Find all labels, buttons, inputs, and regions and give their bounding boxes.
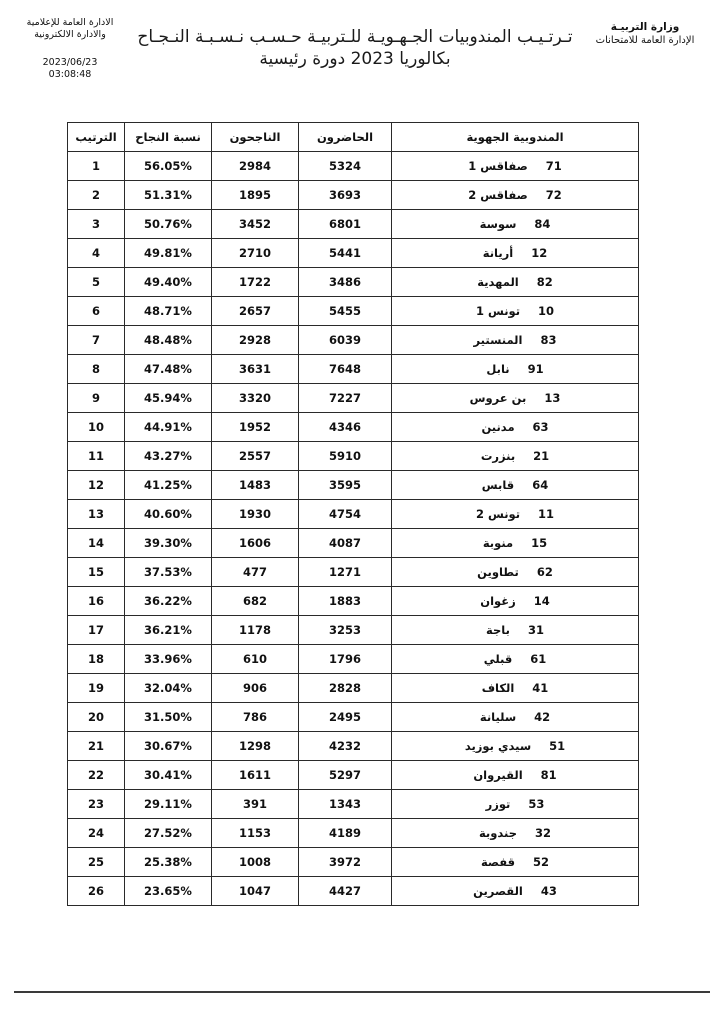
- table-row: 2031.50%786249542سليانة: [68, 703, 639, 732]
- cell-present: 6801: [299, 210, 392, 239]
- cell-rank: 4: [68, 239, 125, 268]
- cell-region: 42سليانة: [392, 703, 639, 732]
- table-row: 2130.67%1298423251سيدي بوزيد: [68, 732, 639, 761]
- region-code: 14: [528, 594, 550, 608]
- department-name: الإدارة العامة للامتحانات: [580, 34, 710, 48]
- cell-rank: 25: [68, 848, 125, 877]
- cell-rank: 21: [68, 732, 125, 761]
- cell-present: 7227: [299, 384, 392, 413]
- cell-pass-rate: 49.40%: [125, 268, 212, 297]
- region-code: 82: [531, 275, 553, 289]
- cell-succeeded: 2657: [212, 297, 299, 326]
- cell-present: 1883: [299, 587, 392, 616]
- cell-pass-rate: 31.50%: [125, 703, 212, 732]
- cell-pass-rate: 45.94%: [125, 384, 212, 413]
- cell-present: 3693: [299, 181, 392, 210]
- cell-region: 62تطاوين: [392, 558, 639, 587]
- issuer-header: الادارة العامة للإعلامية والادارة الالكت…: [20, 17, 120, 81]
- cell-present: 4346: [299, 413, 392, 442]
- region-code: 43: [535, 884, 557, 898]
- cell-present: 1271: [299, 558, 392, 587]
- cell-rank: 10: [68, 413, 125, 442]
- table-header-row: الترتيب نسبة النجاح الناجحون الحاضرون ال…: [68, 123, 639, 152]
- cell-region: 91نابل: [392, 355, 639, 384]
- cell-region: 14زغوان: [392, 587, 639, 616]
- cell-succeeded: 1483: [212, 471, 299, 500]
- cell-succeeded: 610: [212, 645, 299, 674]
- table-row: 1340.60%1930475411تونس 2: [68, 500, 639, 529]
- print-time: 03:08:48: [20, 69, 120, 81]
- cell-succeeded: 906: [212, 674, 299, 703]
- cell-succeeded: 3320: [212, 384, 299, 413]
- cell-region: 43القصرين: [392, 877, 639, 906]
- cell-succeeded: 2557: [212, 442, 299, 471]
- cell-succeeded: 1606: [212, 529, 299, 558]
- cell-succeeded: 1298: [212, 732, 299, 761]
- cell-present: 7648: [299, 355, 392, 384]
- region-code: 71: [540, 159, 562, 173]
- col-header-present: الحاضرون: [299, 123, 392, 152]
- region-code: 53: [522, 797, 544, 811]
- cell-succeeded: 1047: [212, 877, 299, 906]
- region-code: 84: [528, 217, 550, 231]
- cell-rank: 8: [68, 355, 125, 384]
- table-row: 847.48%3631764891نابل: [68, 355, 639, 384]
- cell-succeeded: 2984: [212, 152, 299, 181]
- cell-succeeded: 1952: [212, 413, 299, 442]
- cell-rank: 20: [68, 703, 125, 732]
- cell-region: 82المهدية: [392, 268, 639, 297]
- cell-pass-rate: 27.52%: [125, 819, 212, 848]
- table-body: 156.05%2984532471صفاقس 1251.31%189536937…: [68, 152, 639, 906]
- cell-pass-rate: 36.21%: [125, 616, 212, 645]
- cell-rank: 7: [68, 326, 125, 355]
- cell-present: 4754: [299, 500, 392, 529]
- region-name: قبلي: [484, 652, 513, 666]
- cell-succeeded: 1895: [212, 181, 299, 210]
- table-row: 1537.53%477127162تطاوين: [68, 558, 639, 587]
- footer-divider: [14, 991, 710, 993]
- cell-region: 41الكاف: [392, 674, 639, 703]
- table-row: 156.05%2984532471صفاقس 1: [68, 152, 639, 181]
- region-name: تونس 1: [476, 304, 520, 318]
- cell-pass-rate: 37.53%: [125, 558, 212, 587]
- table-row: 350.76%3452680184سوسة: [68, 210, 639, 239]
- region-code: 64: [526, 478, 548, 492]
- cell-present: 6039: [299, 326, 392, 355]
- cell-rank: 16: [68, 587, 125, 616]
- region-name: قابس: [482, 478, 514, 492]
- cell-region: 51سيدي بوزيد: [392, 732, 639, 761]
- table-row: 1932.04%906282841الكاف: [68, 674, 639, 703]
- cell-pass-rate: 51.31%: [125, 181, 212, 210]
- table-row: 748.48%2928603983المنستير: [68, 326, 639, 355]
- cell-rank: 1: [68, 152, 125, 181]
- region-name: تونس 2: [476, 507, 520, 521]
- cell-rank: 24: [68, 819, 125, 848]
- issuer-line-2: والادارة الالكترونية: [20, 29, 120, 41]
- cell-rank: 12: [68, 471, 125, 500]
- region-code: 42: [528, 710, 550, 724]
- table-row: 549.40%1722348682المهدية: [68, 268, 639, 297]
- cell-succeeded: 3631: [212, 355, 299, 384]
- ministry-header: وزارة التربيـة الإدارة العامة للامتحانات: [580, 20, 710, 48]
- cell-pass-rate: 30.41%: [125, 761, 212, 790]
- table-row: 2525.38%1008397252قفصة: [68, 848, 639, 877]
- cell-pass-rate: 43.27%: [125, 442, 212, 471]
- cell-pass-rate: 25.38%: [125, 848, 212, 877]
- region-name: جندوبة: [479, 826, 517, 840]
- region-name: زغوان: [480, 594, 515, 608]
- cell-present: 5324: [299, 152, 392, 181]
- region-name: بنزرت: [481, 449, 515, 463]
- cell-pass-rate: 40.60%: [125, 500, 212, 529]
- cell-rank: 18: [68, 645, 125, 674]
- cell-pass-rate: 44.91%: [125, 413, 212, 442]
- cell-present: 2828: [299, 674, 392, 703]
- region-code: 32: [529, 826, 551, 840]
- cell-present: 3486: [299, 268, 392, 297]
- region-code: 12: [525, 246, 547, 260]
- cell-present: 4427: [299, 877, 392, 906]
- cell-region: 81القيروان: [392, 761, 639, 790]
- cell-succeeded: 1722: [212, 268, 299, 297]
- col-header-region: المندوبية الجهوية: [392, 123, 639, 152]
- region-name: منوبة: [483, 536, 513, 550]
- cell-succeeded: 2928: [212, 326, 299, 355]
- cell-present: 3595: [299, 471, 392, 500]
- table-row: 1439.30%1606408715منوبة: [68, 529, 639, 558]
- cell-region: 10تونس 1: [392, 297, 639, 326]
- cell-succeeded: 682: [212, 587, 299, 616]
- region-code: 62: [531, 565, 553, 579]
- cell-present: 5910: [299, 442, 392, 471]
- cell-region: 15منوبة: [392, 529, 639, 558]
- cell-region: 31باجة: [392, 616, 639, 645]
- cell-region: 71صفاقس 1: [392, 152, 639, 181]
- cell-rank: 14: [68, 529, 125, 558]
- cell-pass-rate: 29.11%: [125, 790, 212, 819]
- region-name: القيروان: [473, 768, 522, 782]
- region-name: المهدية: [477, 275, 519, 289]
- cell-rank: 3: [68, 210, 125, 239]
- region-name: أريانة: [483, 246, 514, 260]
- cell-rank: 5: [68, 268, 125, 297]
- cell-succeeded: 1178: [212, 616, 299, 645]
- cell-region: 13بن عروس: [392, 384, 639, 413]
- cell-rank: 19: [68, 674, 125, 703]
- cell-succeeded: 1930: [212, 500, 299, 529]
- cell-succeeded: 477: [212, 558, 299, 587]
- region-name: مدنين: [481, 420, 514, 434]
- cell-pass-rate: 23.65%: [125, 877, 212, 906]
- cell-present: 1343: [299, 790, 392, 819]
- cell-region: 63مدنين: [392, 413, 639, 442]
- table-row: 945.94%3320722713بن عروس: [68, 384, 639, 413]
- cell-rank: 2: [68, 181, 125, 210]
- cell-pass-rate: 30.67%: [125, 732, 212, 761]
- cell-rank: 15: [68, 558, 125, 587]
- region-code: 41: [526, 681, 548, 695]
- table-row: 648.71%2657545510تونس 1: [68, 297, 639, 326]
- ranking-table: الترتيب نسبة النجاح الناجحون الحاضرون ال…: [67, 122, 639, 906]
- cell-pass-rate: 48.48%: [125, 326, 212, 355]
- region-code: 51: [543, 739, 565, 753]
- cell-region: 21بنزرت: [392, 442, 639, 471]
- region-code: 91: [522, 362, 544, 376]
- region-code: 52: [527, 855, 549, 869]
- cell-present: 5455: [299, 297, 392, 326]
- region-code: 10: [532, 304, 554, 318]
- issuer-line-1: الادارة العامة للإعلامية: [20, 17, 120, 29]
- region-name: سليانة: [480, 710, 516, 724]
- table-row: 2623.65%1047442743القصرين: [68, 877, 639, 906]
- region-code: 83: [534, 333, 556, 347]
- cell-present: 4232: [299, 732, 392, 761]
- region-code: 21: [527, 449, 549, 463]
- table-row: 1636.22%682188314زغوان: [68, 587, 639, 616]
- region-name: صفاقس 1: [468, 159, 528, 173]
- cell-succeeded: 391: [212, 790, 299, 819]
- cell-succeeded: 1008: [212, 848, 299, 877]
- cell-pass-rate: 56.05%: [125, 152, 212, 181]
- table-row: 1143.27%2557591021بنزرت: [68, 442, 639, 471]
- cell-region: 84سوسة: [392, 210, 639, 239]
- col-header-succeeded: الناجحون: [212, 123, 299, 152]
- cell-pass-rate: 39.30%: [125, 529, 212, 558]
- cell-rank: 26: [68, 877, 125, 906]
- region-name: المنستير: [474, 333, 523, 347]
- cell-region: 11تونس 2: [392, 500, 639, 529]
- cell-region: 32جندوبة: [392, 819, 639, 848]
- region-name: سوسة: [480, 217, 517, 231]
- cell-region: 12أريانة: [392, 239, 639, 268]
- cell-present: 4087: [299, 529, 392, 558]
- region-code: 72: [540, 188, 562, 202]
- cell-succeeded: 2710: [212, 239, 299, 268]
- cell-region: 52قفصة: [392, 848, 639, 877]
- cell-region: 64قابس: [392, 471, 639, 500]
- print-date: 2023/06/23: [20, 57, 120, 69]
- cell-pass-rate: 50.76%: [125, 210, 212, 239]
- cell-present: 1796: [299, 645, 392, 674]
- region-code: 63: [527, 420, 549, 434]
- region-code: 31: [522, 623, 544, 637]
- cell-pass-rate: 49.81%: [125, 239, 212, 268]
- table-row: 2230.41%1611529781القيروان: [68, 761, 639, 790]
- cell-rank: 23: [68, 790, 125, 819]
- region-name: القصرين: [473, 884, 523, 898]
- cell-rank: 6: [68, 297, 125, 326]
- cell-region: 61قبلي: [392, 645, 639, 674]
- title-line-2: بكالوريا 2023 دورة رئيسية: [130, 48, 580, 70]
- region-name: بن عروس: [470, 391, 527, 405]
- document-title: تـرتـيـب المندوبيات الجـهـويـة للـتربيـة…: [130, 26, 580, 70]
- cell-pass-rate: 48.71%: [125, 297, 212, 326]
- cell-succeeded: 3452: [212, 210, 299, 239]
- region-code: 13: [538, 391, 560, 405]
- cell-pass-rate: 33.96%: [125, 645, 212, 674]
- table-row: 2427.52%1153418932جندوبة: [68, 819, 639, 848]
- region-name: توزر: [486, 797, 511, 811]
- cell-succeeded: 1153: [212, 819, 299, 848]
- title-line-1: تـرتـيـب المندوبيات الجـهـويـة للـتربيـة…: [130, 26, 580, 48]
- region-name: سيدي بوزيد: [465, 739, 531, 753]
- ministry-name: وزارة التربيـة: [580, 20, 710, 34]
- table-row: 1736.21%1178325331باجة: [68, 616, 639, 645]
- cell-region: 53توزر: [392, 790, 639, 819]
- region-name: باجة: [486, 623, 510, 637]
- table-row: 449.81%2710544112أريانة: [68, 239, 639, 268]
- cell-rank: 9: [68, 384, 125, 413]
- region-code: 11: [532, 507, 554, 521]
- cell-pass-rate: 32.04%: [125, 674, 212, 703]
- table-row: 1833.96%610179661قبلي: [68, 645, 639, 674]
- table-row: 1044.91%1952434663مدنين: [68, 413, 639, 442]
- cell-pass-rate: 41.25%: [125, 471, 212, 500]
- region-name: قفصة: [481, 855, 515, 869]
- region-name: تطاوين: [477, 565, 519, 579]
- cell-rank: 13: [68, 500, 125, 529]
- region-code: 81: [535, 768, 557, 782]
- cell-pass-rate: 36.22%: [125, 587, 212, 616]
- cell-present: 2495: [299, 703, 392, 732]
- table-row: 2329.11%391134353توزر: [68, 790, 639, 819]
- cell-region: 83المنستير: [392, 326, 639, 355]
- cell-rank: 11: [68, 442, 125, 471]
- col-header-rank: الترتيب: [68, 123, 125, 152]
- cell-present: 5441: [299, 239, 392, 268]
- region-name: صفاقس 2: [468, 188, 528, 202]
- table-row: 251.31%1895369372صفاقس 2: [68, 181, 639, 210]
- cell-pass-rate: 47.48%: [125, 355, 212, 384]
- region-code: 15: [525, 536, 547, 550]
- table-row: 1241.25%1483359564قابس: [68, 471, 639, 500]
- cell-present: 3972: [299, 848, 392, 877]
- cell-region: 72صفاقس 2: [392, 181, 639, 210]
- col-header-pass-rate: نسبة النجاح: [125, 123, 212, 152]
- cell-present: 4189: [299, 819, 392, 848]
- cell-succeeded: 786: [212, 703, 299, 732]
- region-code: 61: [524, 652, 546, 666]
- cell-present: 3253: [299, 616, 392, 645]
- cell-rank: 22: [68, 761, 125, 790]
- cell-succeeded: 1611: [212, 761, 299, 790]
- region-name: الكاف: [482, 681, 515, 695]
- region-name: نابل: [486, 362, 509, 376]
- cell-present: 5297: [299, 761, 392, 790]
- cell-rank: 17: [68, 616, 125, 645]
